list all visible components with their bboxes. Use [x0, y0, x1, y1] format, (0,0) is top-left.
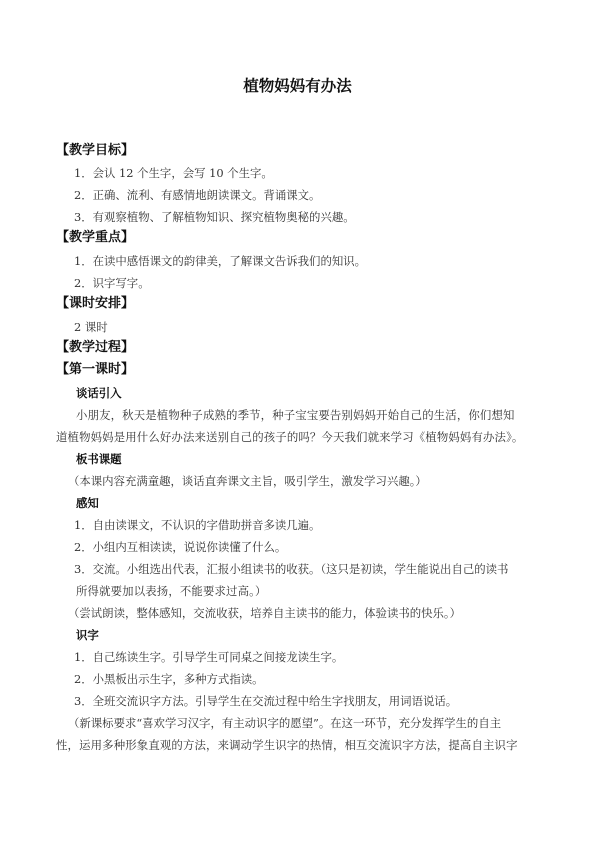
literacy-note-line: 性，运用多种形象直观的方法，来调动学生识字的热情，相互交流识字方法，提高自主识字: [56, 738, 518, 752]
goal-item: 3．有观察植物、了解植物知识、探究植物奥秘的兴趣。: [74, 210, 355, 224]
heading-lesson-one: 【第一课时】: [56, 363, 134, 377]
board-note: （本课内容充满童趣，谈话直奔课文主旨，吸引学生，激发学习兴趣。）: [68, 474, 427, 488]
heading-teaching-process: 【教学过程】: [56, 341, 134, 355]
schedule-item: 2 课时: [74, 320, 108, 334]
heading-teaching-goals: 【教学目标】: [56, 144, 134, 158]
perceive-note: （尝试朗读，整体感知，交流收获，培养自主读书的能力，体验读书的快乐。）: [68, 606, 461, 620]
intro-paragraph-line: 小朋友，秋天是植物种子成熟的季节，种子宝宝要告别妈妈开始自己的生活，你们想知: [76, 408, 515, 422]
subheading-literacy: 识字: [76, 628, 99, 642]
heading-teaching-focus: 【教学重点】: [56, 231, 134, 245]
focus-item: 2．识字写字。: [74, 276, 150, 290]
goal-item: 1．会认 12 个生字，会写 10 个生字。: [74, 166, 273, 180]
intro-paragraph-line: 道植物妈妈是用什么好办法来送别自己的孩子的吗？今天我们就来学习《植物妈妈有办法》…: [56, 430, 523, 444]
perceive-item: 3．交流。小组选出代表，汇报小组读书的收获。（这只是初读，学生能说出自己的读书: [74, 562, 508, 576]
perceive-item: 1．自由读课文，不认识的字借助拼音多读几遍。: [74, 518, 320, 532]
literacy-item: 3．全班交流识字方法。引导学生在交流过程中给生字找朋友，用词语说话。: [74, 694, 457, 708]
heading-schedule: 【课时安排】: [56, 297, 134, 311]
subheading-intro: 谈话引入: [76, 386, 122, 400]
subheading-board: 板书课题: [76, 452, 122, 466]
literacy-note-line: （新课标要求“喜欢学习汉字，有主动识字的愿望”。在这一环节，充分发挥学生的自主: [68, 716, 501, 730]
perceive-item: 2．小组内互相读读，说说你读懂了什么。: [74, 540, 286, 554]
perceive-item-continued: 所得就要加以表扬，不能要求过高。）: [76, 584, 267, 598]
document-title: 植物妈妈有办法: [0, 74, 595, 96]
subheading-perceive: 感知: [76, 496, 99, 510]
literacy-item: 1．自己练读生字。引导学生可同桌之间接龙读生字。: [74, 650, 343, 664]
literacy-item: 2．小黑板出示生字，多种方式指读。: [74, 672, 264, 686]
goal-item: 2．正确、流利、有感情地朗读课文。背诵课文。: [74, 188, 320, 202]
focus-item: 1．在读中感悟课文的韵律美，了解课文告诉我们的知识。: [74, 254, 366, 268]
